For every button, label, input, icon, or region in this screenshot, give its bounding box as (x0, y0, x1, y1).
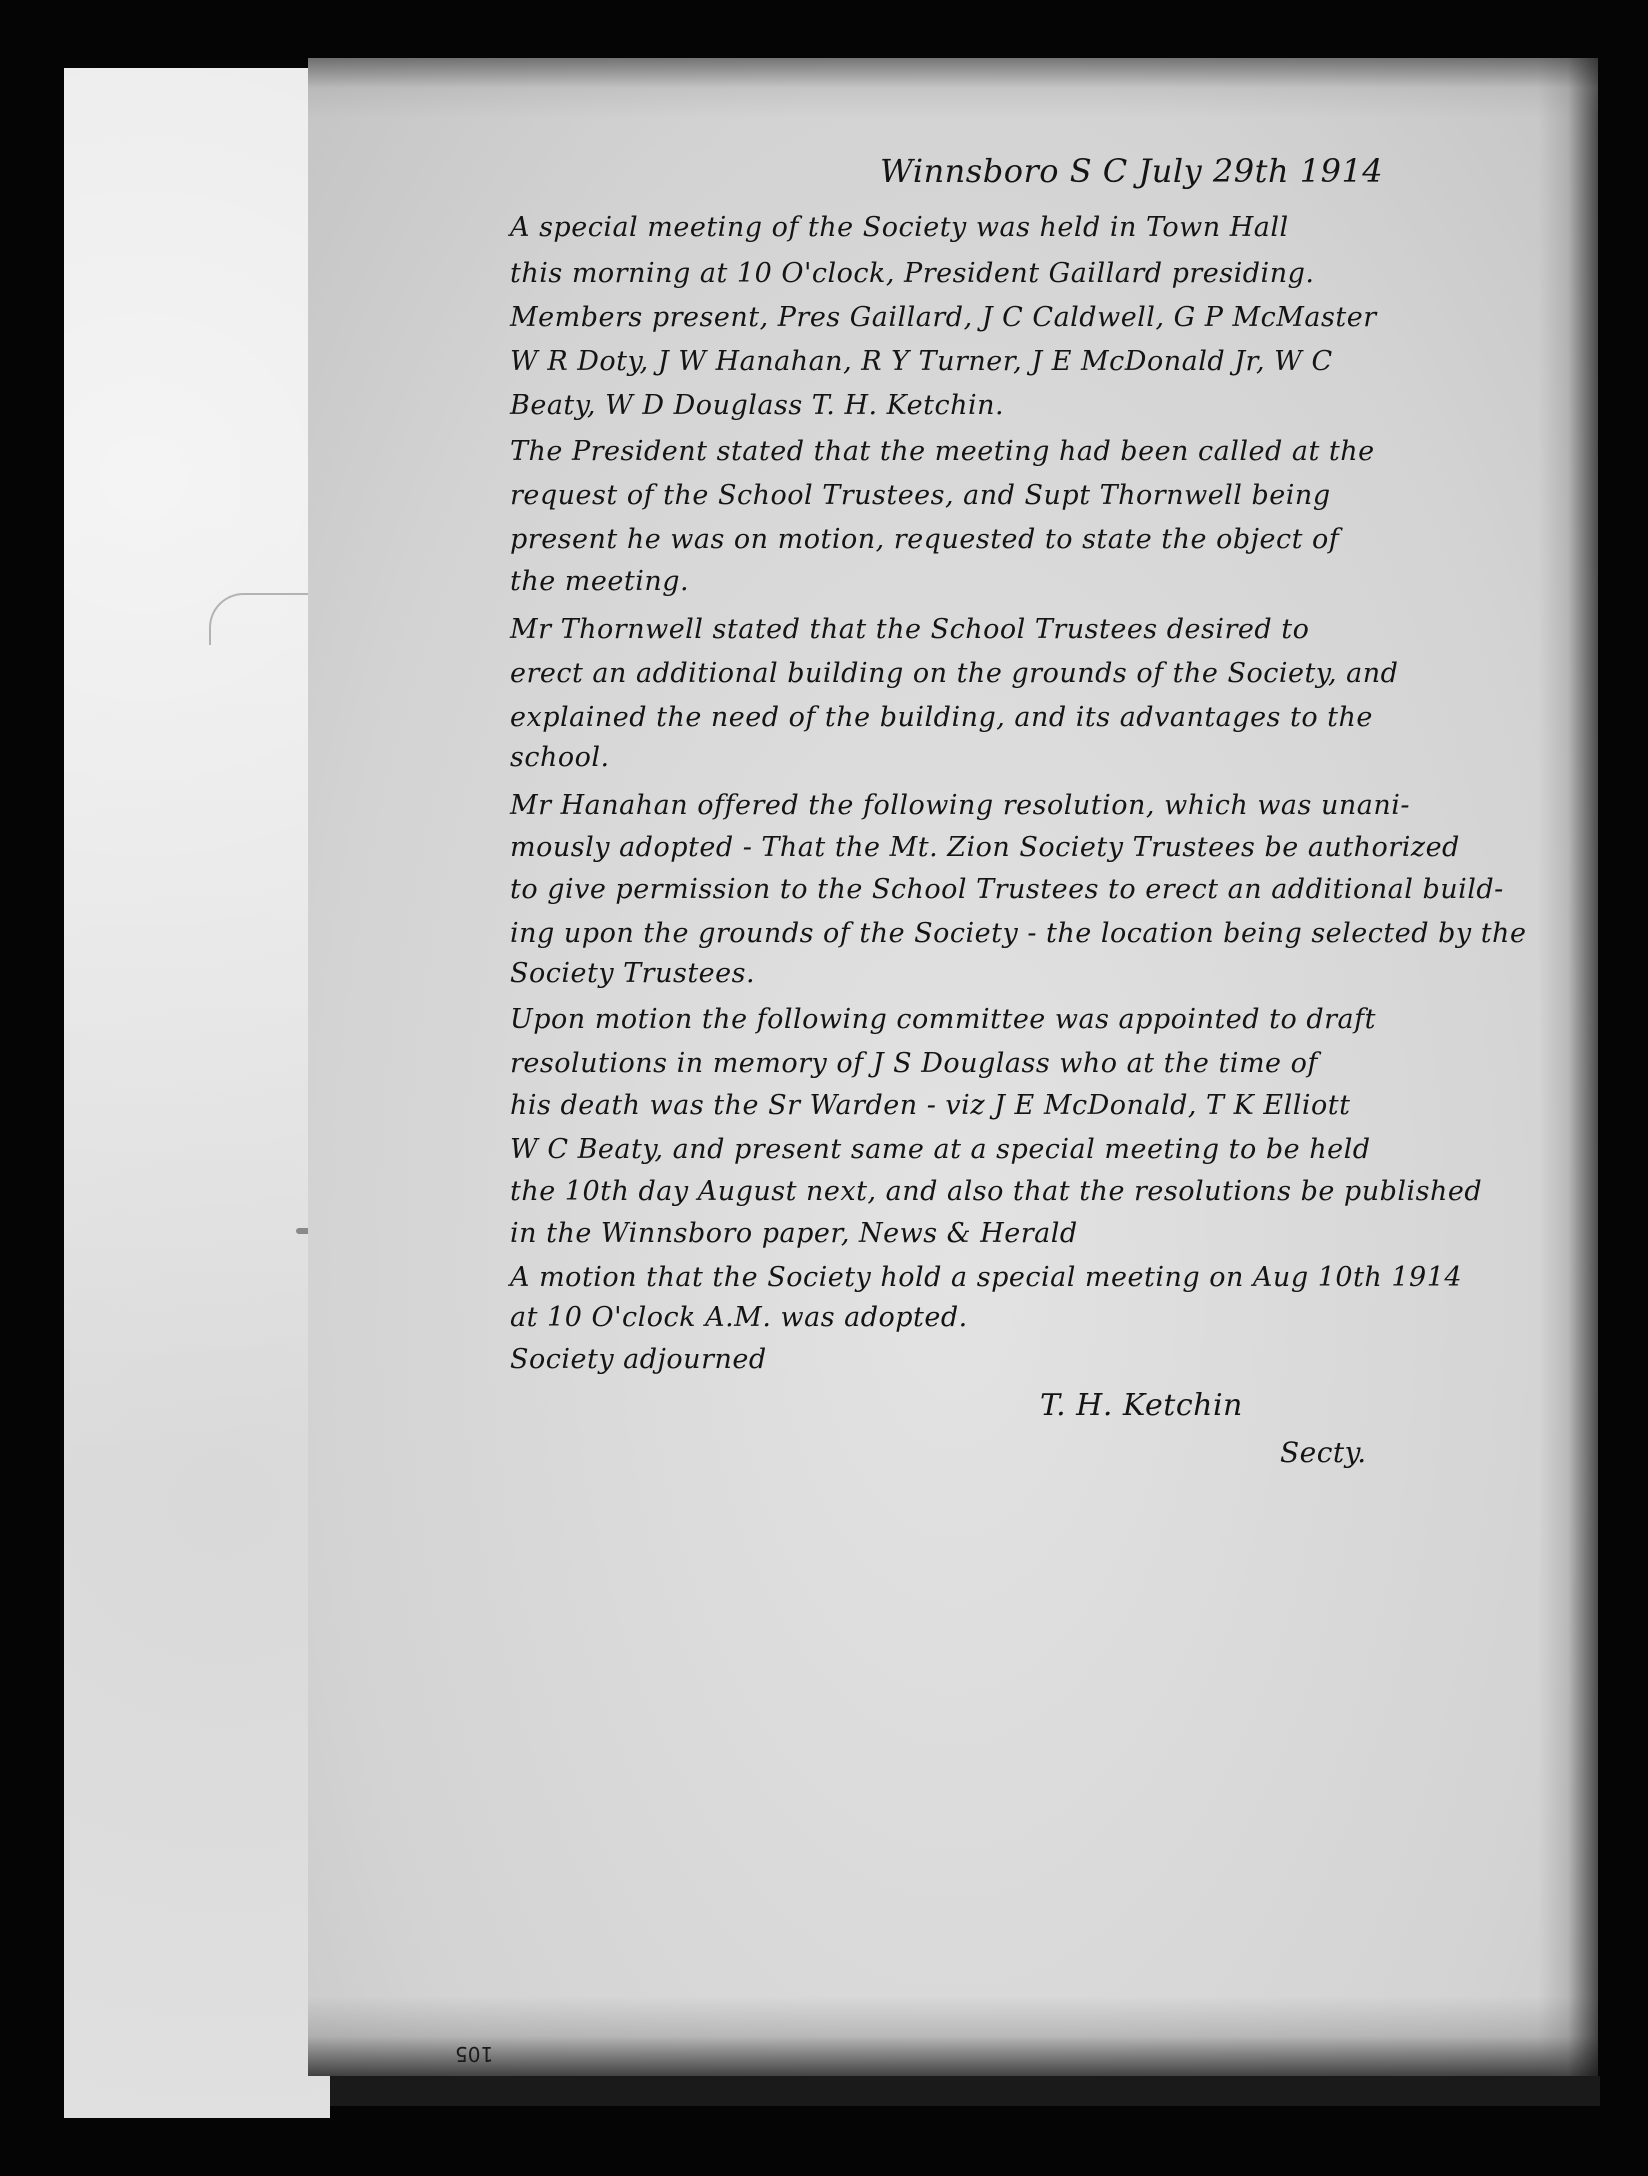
text-line: A special meeting of the Society was hel… (510, 212, 1289, 243)
text-line: present he was on motion, requested to s… (510, 524, 1339, 555)
text-line: mously adopted - That the Mt. Zion Socie… (510, 832, 1460, 863)
text-line: his death was the Sr Warden - viz J E Mc… (510, 1090, 1350, 1121)
text-line: Society Trustees. (510, 958, 755, 989)
text-line: Mr Thornwell stated that the School Trus… (510, 614, 1309, 645)
text-line: W R Doty, J W Hanahan, R Y Turner, J E M… (510, 346, 1333, 377)
text-line: Upon motion the following committee was … (510, 1004, 1376, 1035)
text-line: ing upon the grounds of the Society - th… (510, 918, 1526, 949)
text-line: W C Beaty, and present same at a special… (510, 1134, 1371, 1165)
signature-title: Secty. (1280, 1436, 1367, 1469)
text-line: Society adjourned (510, 1344, 767, 1375)
signature: T. H. Ketchin (1040, 1388, 1243, 1423)
text-line: to give permission to the School Trustee… (510, 874, 1504, 905)
page-number: 105 (455, 2042, 493, 2066)
text-line: resolutions in memory of J S Douglass wh… (510, 1048, 1318, 1079)
text-line: at 10 O'clock A.M. was adopted. (510, 1302, 968, 1333)
text-line: erect an additional building on the grou… (510, 658, 1398, 689)
text-line: in the Winnsboro paper, News & Herald (510, 1218, 1078, 1249)
page-bottom-shadow (330, 2076, 1600, 2106)
text-line: Mr Hanahan offered the following resolut… (510, 790, 1410, 821)
dateline: Winnsboro S C July 29th 1914 (880, 152, 1383, 190)
text-line: Members present, Pres Gaillard, J C Cald… (510, 302, 1377, 333)
text-line: the meeting. (510, 566, 689, 597)
text-line: school. (510, 742, 610, 773)
left-paper-strip (64, 68, 330, 2118)
text-line: Beaty, W D Douglass T. H. Ketchin. (510, 390, 1004, 421)
text-line: The President stated that the meeting ha… (510, 436, 1375, 467)
text-line: explained the need of the building, and … (510, 702, 1373, 733)
text-line: this morning at 10 O'clock, President Ga… (510, 258, 1314, 289)
text-line: request of the School Trustees, and Supt… (510, 480, 1331, 511)
text-line: A motion that the Society hold a special… (510, 1262, 1462, 1293)
text-line: the 10th day August next, and also that … (510, 1176, 1482, 1207)
